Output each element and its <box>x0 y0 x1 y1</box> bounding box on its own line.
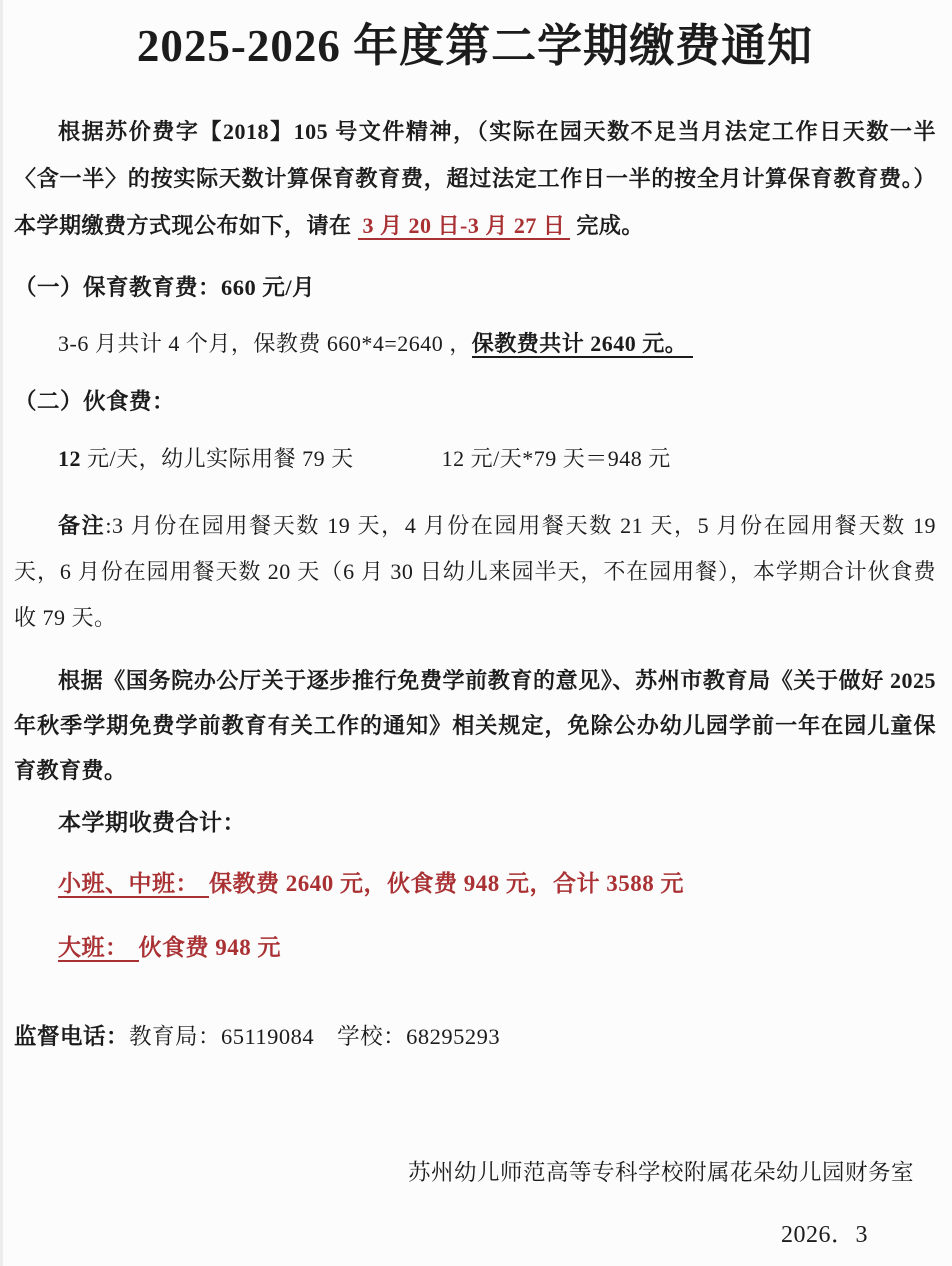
section-meal-heading: （二）伙食费： <box>14 387 936 417</box>
meal-rate-bold: 12 <box>58 446 81 471</box>
senior-class-label: 大班： <box>58 935 139 962</box>
remark-paragraph: 备注:3 月份在园用餐天数 19 天，4 月份在园用餐天数 21 天，5 月份在… <box>14 503 936 641</box>
senior-class-detail: 伙食费 948 元 <box>139 935 282 960</box>
phone-label: 监督电话： <box>14 1024 129 1049</box>
fee-calc-text: 3-6 月共计 4 个月，保教费 660*4=2640 ， <box>58 331 472 356</box>
summary-heading: 本学期收费合计： <box>14 808 936 838</box>
fee-calculation-line: 3-6 月共计 4 个月，保教费 660*4=2640 ，保教费共计 2640 … <box>14 329 936 359</box>
meal-line: 12 元/天，幼儿实际用餐 79 天12 元/天*79 天＝948 元 <box>14 444 936 474</box>
section-fee-heading: （一）保育教育费：660 元/月 <box>14 273 936 303</box>
fee-total-emphasis: 保教费共计 2640 元。 <box>472 331 694 358</box>
intro-paragraph: 根据苏价费字【2018】105 号文件精神，（实际在园天数不足当月法定工作日天数… <box>14 108 936 249</box>
remark-text: :3 月份在园用餐天数 19 天，4 月份在园用餐天数 21 天，5 月份在园用… <box>14 513 936 630</box>
date-line: 2026．3 <box>14 1220 936 1250</box>
phone-numbers: 教育局：65119084 学校：68295293 <box>129 1024 500 1049</box>
signature-line: 苏州幼儿师范高等专科学校附属花朵幼儿园财务室 <box>14 1158 936 1188</box>
supervision-phone-line: 监督电话：教育局：65119084 学校：68295293 <box>14 1022 936 1052</box>
document-title: 2025-2026 年度第二学期缴费通知 <box>14 18 936 74</box>
issue-date: 2026．3 <box>781 1222 868 1248</box>
remark-label: 备注 <box>58 513 105 538</box>
summary-senior-line: 大班：伙食费 948 元 <box>14 932 936 964</box>
policy-paragraph: 根据《国务院办公厅关于逐步推行免费学前教育的意见》、苏州市教育局《关于做好 20… <box>14 658 936 793</box>
notice-page: 2025-2026 年度第二学期缴费通知 根据苏价费字【2018】105 号文件… <box>0 0 952 1250</box>
meal-rate-text: 元/天，幼儿实际用餐 79 天 <box>81 446 354 471</box>
signature-text: 苏州幼儿师范高等专科学校附属花朵幼儿园财务室 <box>408 1160 914 1185</box>
summary-junior-line: 小班、中班：保教费 2640 元，伙食费 948 元，合计 3588 元 <box>14 868 936 900</box>
meal-formula: 12 元/天*79 天＝948 元 <box>442 446 671 471</box>
payment-deadline: 3 月 20 日-3 月 27 日 <box>358 213 571 240</box>
junior-classes-label: 小班、中班： <box>58 871 209 898</box>
intro-text-after: 完成。 <box>576 213 644 238</box>
junior-classes-detail: 保教费 2640 元，伙食费 948 元，合计 3588 元 <box>209 871 684 896</box>
policy-text: 根据《国务院办公厅关于逐步推行免费学前教育的意见》、苏州市教育局《关于做好 20… <box>14 668 936 783</box>
